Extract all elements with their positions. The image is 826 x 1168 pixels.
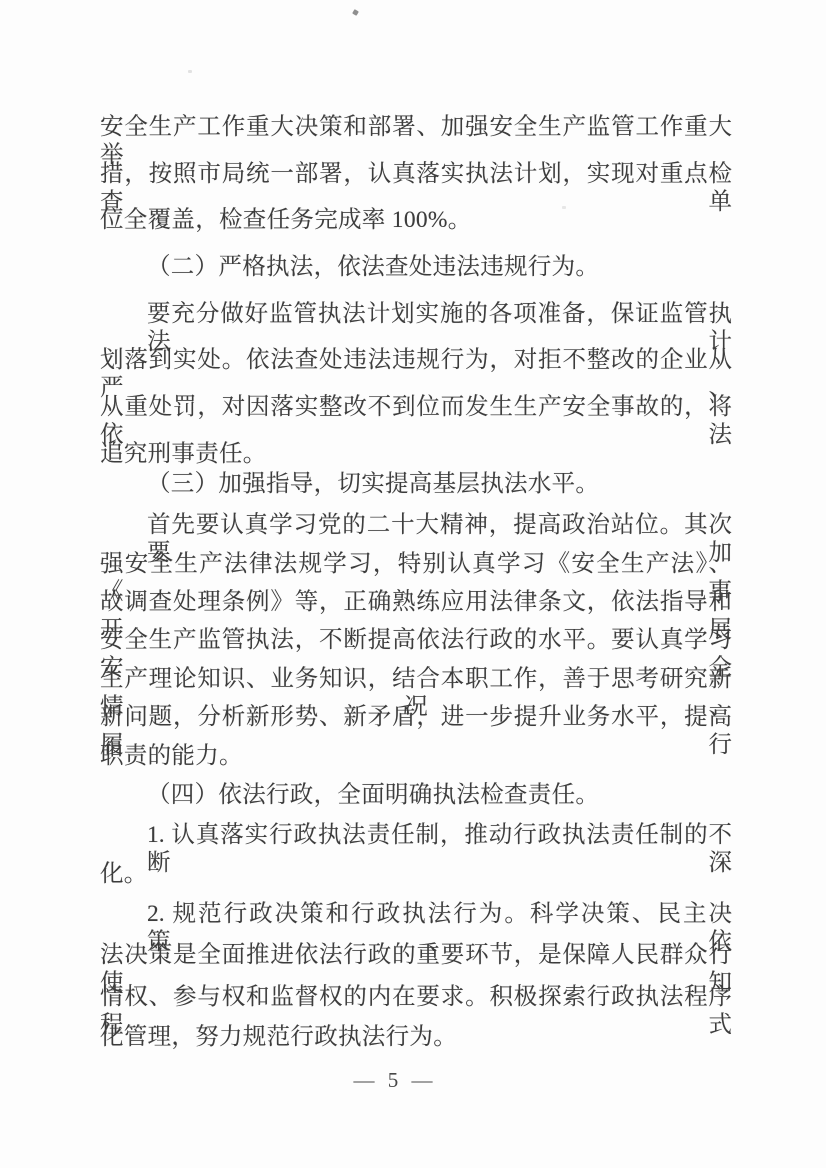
text-line: 安全生产监管执法，不断提高依法行政的水平。要认真学习安全 — [100, 626, 732, 656]
text-line: 位全覆盖，检查任务完成率 100%。 — [100, 206, 732, 236]
text-line: 故调查处理条例》等，正确熟练应用法律条文，依法指导和开展 — [100, 588, 732, 618]
scan-speck — [188, 70, 192, 73]
document-page: 安全生产工作重大决策和部署、加强安全生产监管工作重大举 措，按照市局统一部署，认… — [0, 0, 826, 1168]
text-line: 化管理，努力规范行政执法行为。 — [100, 1023, 732, 1053]
page-number: — 5 — — [0, 1068, 790, 1093]
text-line: 强安全生产法律法规学习，特别认真学习《安全生产法》、《事 — [100, 550, 732, 580]
text-line: 1. 认真落实行政执法责任制，推动行政执法责任制的不断深 — [100, 821, 732, 851]
text-line: 生产理论知识、业务知识，结合本职工作，善于思考研究新情况、 — [100, 665, 732, 695]
text-line: 要充分做好监管执法计划实施的各项准备，保证监管执法计 — [100, 300, 732, 330]
text-line: 职责的能力。 — [100, 742, 732, 772]
text-line: 首先要认真学习党的二十大精神，提高政治站位。其次要加 — [100, 511, 732, 541]
text-line: 法决策是全面推进依法行政的重要环节，是保障人民群众行使知 — [100, 941, 732, 971]
section-heading: （四）依法行政，全面明确执法检查责任。 — [100, 781, 732, 811]
section-heading: （三）加强指导，切实提高基层执法水平。 — [100, 470, 732, 500]
text-line: 2. 规范行政决策和行政执法行为。科学决策、民主决策、依 — [100, 900, 732, 930]
text-line: 安全生产工作重大决策和部署、加强安全生产监管工作重大举 — [100, 113, 732, 143]
text-line: 追究刑事责任。 — [100, 440, 732, 470]
section-heading: （二）严格执法，依法查处违法违规行为。 — [100, 253, 732, 283]
text-line: 化。 — [100, 860, 732, 890]
text-line: 划落到实处。依法查处违法违规行为，对拒不整改的企业从严、 — [100, 346, 732, 376]
text-line: 情权、参与权和监督权的内在要求。积极探索行政执法程序程式 — [100, 983, 732, 1013]
text-line: 措，按照市局统一部署，认真落实执法计划，实现对重点检查单 — [100, 160, 732, 190]
text-line: 新问题，分析新形势、新矛盾，进一步提升业务水平，提高履行 — [100, 703, 732, 733]
text-line: 从重处罚，对因落实整改不到位而发生生产安全事故的，将依法 — [100, 393, 732, 423]
scan-speck — [352, 9, 359, 16]
